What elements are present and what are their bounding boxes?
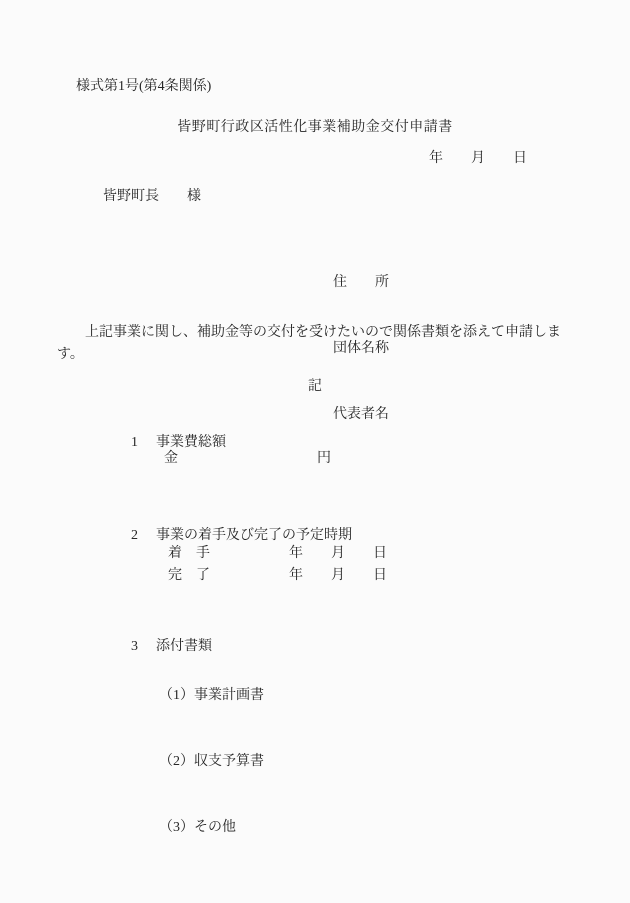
amount-prefix-kin: 金 <box>164 451 178 468</box>
attachment-item-other: （3）その他 <box>159 817 264 839</box>
addressee-line: 皆野町長 様 <box>103 189 201 206</box>
schedule-start-date-line: 年 月 日 <box>289 546 387 563</box>
document-title: 皆野町行政区活性化事業補助金交付申請書 <box>0 120 630 137</box>
application-form-page: 様式第1号(第4条関係) 皆野町行政区活性化事業補助金交付申請書 年 月 日 皆… <box>0 0 630 903</box>
amount-suffix-yen: 円 <box>317 451 331 468</box>
item-1-number: 1 <box>131 435 138 450</box>
attachments-list: （1）事業計画書 （2）収支予算書 （3）その他 <box>159 641 264 883</box>
item-2-label: 事業の着手及び完了の予定時期 <box>156 528 352 543</box>
schedule-start-label: 着 手 <box>168 546 210 563</box>
applicant-representative-label: 代表者名 <box>333 404 389 426</box>
item-1-label: 事業費総額 <box>156 435 226 450</box>
body-paragraph: 上記事業に関し、補助金等の交付を受けたいので関係書類を添えて申請します。 <box>57 322 569 366</box>
attachment-item-business-plan: （1）事業計画書 <box>159 685 264 707</box>
attachment-item-budget: （2）収支予算書 <box>159 751 264 773</box>
section-marker: 記 <box>0 379 630 396</box>
application-date-line: 年 月 日 <box>429 151 527 168</box>
applicant-address-label: 住 所 <box>333 272 389 294</box>
item-3-number: 3 <box>131 639 138 654</box>
schedule-end-label: 完 了 <box>168 568 210 585</box>
item-2-number: 2 <box>131 528 138 543</box>
schedule-end-date-line: 年 月 日 <box>289 568 387 585</box>
form-number: 様式第1号(第4条関係) <box>76 79 211 96</box>
